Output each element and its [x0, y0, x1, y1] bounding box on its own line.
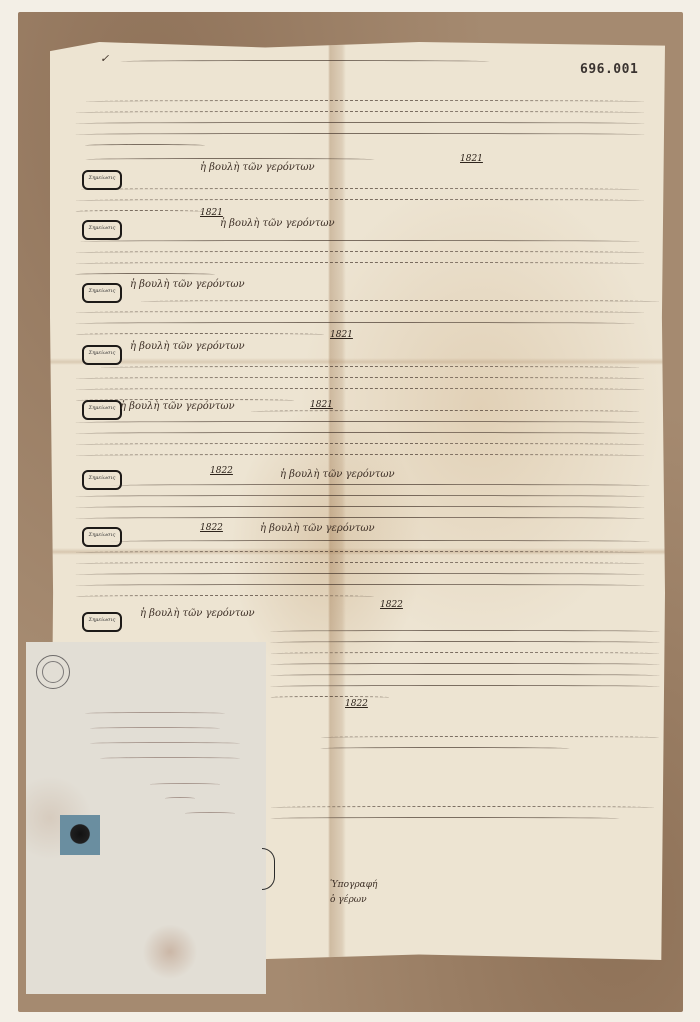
- section-heading: ἡ βουλὴ τῶν γερόντων: [140, 608, 255, 619]
- marginal-annotation-box: Σημείωσις: [82, 345, 122, 365]
- circular-postmark-icon: [36, 655, 70, 689]
- marginal-annotation-box: Σημείωσις: [82, 612, 122, 632]
- top-checkmark: ✓: [100, 52, 109, 65]
- section-heading: ἡ βουλὴ τῶν γερόντων: [260, 523, 375, 534]
- script-line: [270, 817, 620, 820]
- section-heading: ἡ βουλὴ τῶν γερόντων: [130, 279, 245, 290]
- section-heading: ἡ βουλὴ τῶν γερόντων: [120, 401, 235, 412]
- section-heading: ἡ βουλὴ τῶν γερόντων: [130, 341, 245, 352]
- marginal-annotation-box: Σημείωσις: [82, 283, 122, 303]
- annotation-label: Σημείωσις: [84, 285, 120, 297]
- script-line: [110, 540, 650, 543]
- section-heading: ἡ βουλὴ τῶν γερόντων: [220, 218, 335, 229]
- script-line: [270, 685, 660, 688]
- address-line: [165, 797, 195, 800]
- script-line: [270, 674, 660, 677]
- script-line: [80, 188, 640, 191]
- script-line: [75, 584, 645, 587]
- script-line: [75, 133, 645, 136]
- section-heading: ἡ βουλὴ τῶν γερόντων: [280, 469, 395, 480]
- annotation-label: Σημείωσις: [84, 172, 120, 184]
- script-line: [85, 158, 375, 161]
- script-line: [75, 443, 645, 446]
- marginal-annotation-box: Σημείωσις: [82, 170, 122, 190]
- date-year: 1821: [310, 400, 333, 410]
- address-line: [85, 712, 225, 715]
- script-line: [75, 262, 645, 265]
- archive-number: 696.001: [580, 62, 638, 77]
- script-line: [75, 432, 645, 435]
- script-line: [75, 562, 645, 565]
- date-year: 1821: [460, 154, 483, 164]
- script-line: [75, 595, 375, 598]
- script-line: [85, 144, 205, 147]
- date-year: 1822: [200, 523, 223, 533]
- annotation-label: Σημείωσις: [84, 529, 120, 541]
- script-line: [75, 122, 645, 125]
- script-line: [85, 100, 645, 103]
- script-line: [75, 517, 645, 520]
- script-line: [75, 251, 645, 254]
- marginal-annotation-box: Σημείωσις: [82, 470, 122, 490]
- script-line: [75, 311, 645, 314]
- marginal-annotation-box: Σημείωσις: [82, 220, 122, 240]
- script-line: [270, 630, 660, 633]
- script-line: [270, 806, 655, 809]
- script-line: [75, 210, 205, 213]
- script-line: [120, 60, 490, 63]
- annotation-label: Σημείωσις: [84, 614, 120, 626]
- signature-line-2: ὁ γέρων: [330, 895, 367, 905]
- date-year: 1821: [330, 330, 353, 340]
- date-year: 1821: [200, 208, 223, 218]
- script-line: [75, 551, 645, 554]
- signature-line-1: Ὑπογραφή: [330, 880, 377, 890]
- crest-emblem-icon: [68, 822, 92, 846]
- script-line: [320, 747, 570, 750]
- script-line: [75, 111, 645, 114]
- script-line: [320, 736, 660, 739]
- script-line: [75, 199, 645, 202]
- script-line: [75, 388, 645, 391]
- annotation-label: Σημείωσις: [84, 222, 120, 234]
- date-year: 1822: [210, 466, 233, 476]
- address-line: [90, 742, 240, 745]
- address-line: [150, 783, 220, 786]
- date-year: 1822: [380, 600, 403, 610]
- annotation-label: Σημείωσις: [84, 402, 120, 414]
- date-year: 1822: [345, 699, 368, 709]
- address-line: [90, 727, 220, 730]
- script-line: [75, 573, 645, 576]
- partial-postmark-icon: [262, 848, 275, 890]
- annotation-label: Σημείωσις: [84, 472, 120, 484]
- marginal-annotation-box: Σημείωσις: [82, 400, 122, 420]
- marginal-annotation-box: Σημείωσις: [82, 527, 122, 547]
- script-line: [110, 484, 650, 487]
- script-line: [75, 377, 645, 380]
- script-line: [100, 366, 640, 369]
- script-line: [75, 506, 645, 509]
- script-line: [140, 300, 660, 303]
- postage-stamp-icon: [60, 815, 100, 855]
- script-line: [270, 652, 660, 655]
- script-line: [80, 240, 640, 243]
- annotation-label: Σημείωσις: [84, 347, 120, 359]
- script-line: [75, 454, 645, 457]
- address-line: [185, 812, 235, 815]
- script-line: [270, 641, 660, 644]
- script-line: [270, 696, 390, 699]
- script-line: [270, 663, 660, 666]
- address-line: [100, 757, 240, 760]
- script-line: [75, 333, 325, 336]
- section-heading: ἡ βουλὴ τῶν γερόντων: [200, 162, 315, 173]
- script-line: [75, 495, 645, 498]
- script-line: [75, 273, 215, 276]
- script-line: [75, 322, 635, 325]
- script-line: [250, 410, 640, 413]
- script-line: [75, 421, 645, 424]
